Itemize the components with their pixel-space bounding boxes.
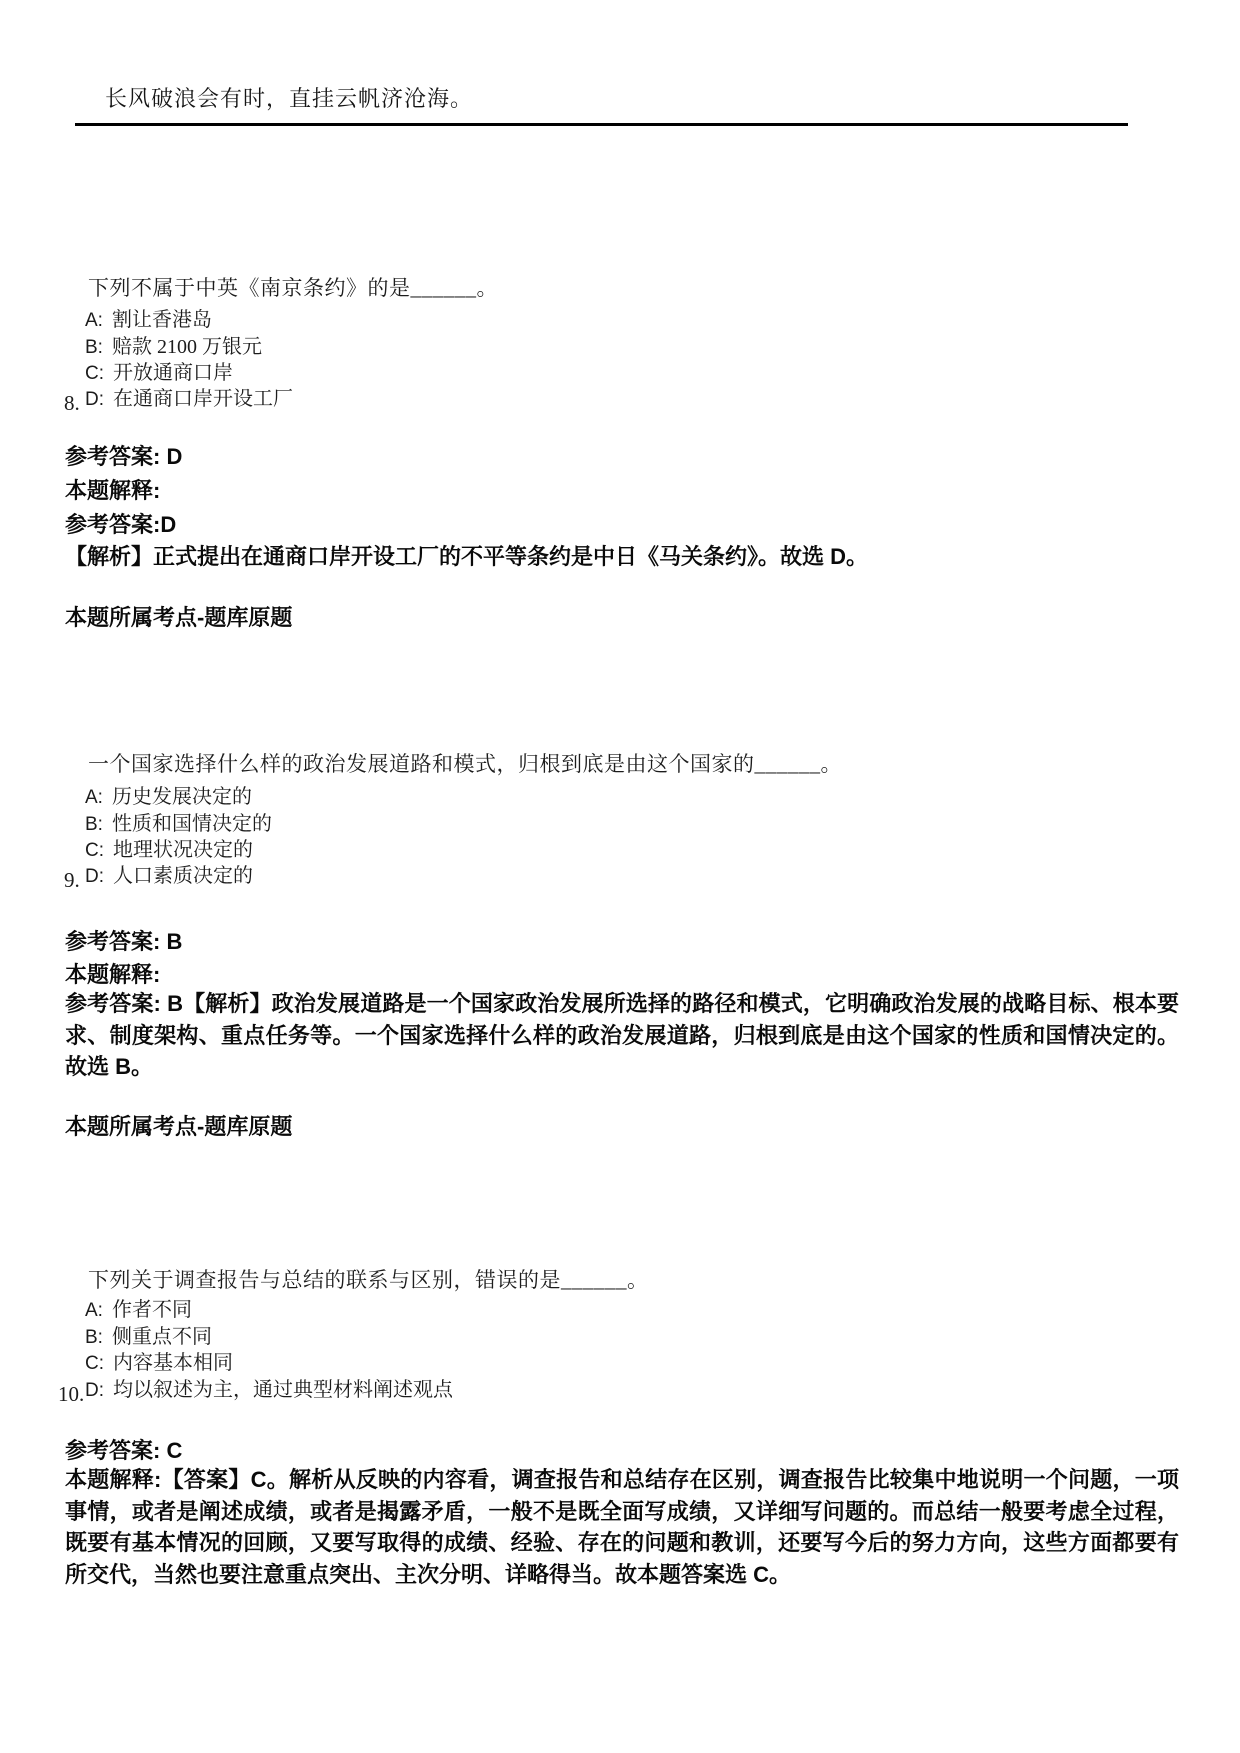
- question-stem: 下列不属于中英《南京条约》的是______。: [88, 272, 498, 302]
- answer-label: 参考答案: D: [65, 440, 182, 471]
- option-text: 人口素质决定的: [113, 865, 253, 887]
- option-label: B:: [85, 1327, 103, 1348]
- option-row: A:历史发展决定的: [85, 780, 252, 809]
- option-row: D:人口素质决定的: [85, 859, 253, 888]
- option-row: D:均以叙述为主，通过典型材料阐述观点: [85, 1373, 453, 1402]
- option-text: 内容基本相同: [113, 1352, 233, 1374]
- option-label: B:: [85, 337, 103, 358]
- question-number: 8.: [64, 391, 80, 416]
- question-stem: 下列关于调查报告与总结的联系与区别，错误的是______。: [88, 1264, 649, 1294]
- option-text: 侧重点不同: [112, 1326, 212, 1348]
- option-label: D:: [85, 866, 104, 887]
- option-text: 开放通商口岸: [113, 362, 233, 384]
- category-heading: 本题所属考点-题库原题: [65, 601, 292, 632]
- option-text: 均以叙述为主，通过典型材料阐述观点: [113, 1379, 453, 1401]
- option-label: D:: [85, 389, 104, 410]
- option-text: 作者不同: [112, 1299, 192, 1321]
- option-text: 在通商口岸开设工厂: [113, 388, 293, 410]
- option-text: 性质和国情决定的: [112, 813, 272, 835]
- option-row: B:侧重点不同: [85, 1320, 212, 1349]
- option-row: C:内容基本相同: [85, 1346, 233, 1375]
- option-row: C:开放通商口岸: [85, 356, 233, 385]
- header-rule: [75, 123, 1128, 126]
- option-row: C:地理状况决定的: [85, 833, 253, 862]
- option-label: D:: [85, 1380, 104, 1401]
- question-number: 9.: [64, 868, 80, 893]
- option-label: A:: [85, 787, 103, 808]
- option-text: 历史发展决定的: [112, 786, 252, 808]
- option-row: D:在通商口岸开设工厂: [85, 382, 293, 411]
- document-page: 长风破浪会有时，直挂云帆济沧海。 下列不属于中英《南京条约》的是______。 …: [0, 0, 1240, 1753]
- option-label: C:: [85, 840, 104, 861]
- answer-label: 参考答案: B: [65, 925, 182, 956]
- category-heading: 本题所属考点-题库原题: [65, 1110, 292, 1141]
- explanation-text: 本题解释:【答案】C。解析从反映的内容看，调查报告和总结存在区别，调查报告比较集…: [65, 1464, 1179, 1590]
- option-label: C:: [85, 363, 104, 384]
- answer-label: 参考答案: C: [65, 1434, 182, 1465]
- explanation-heading: 本题解释:: [65, 474, 160, 505]
- option-text: 割让香港岛: [112, 309, 212, 331]
- option-label: A:: [85, 1300, 103, 1321]
- option-row: B:性质和国情决定的: [85, 807, 272, 836]
- option-text: 地理状况决定的: [113, 839, 253, 861]
- option-row: A:作者不同: [85, 1293, 192, 1322]
- question-number: 10.: [58, 1382, 84, 1407]
- option-label: A:: [85, 310, 103, 331]
- option-label: B:: [85, 814, 103, 835]
- explanation-answer: 参考答案:D: [65, 508, 176, 539]
- option-row: A:割让香港岛: [85, 303, 212, 332]
- question-stem: 一个国家选择什么样的政治发展道路和模式，归根到底是由这个国家的______。: [88, 748, 842, 778]
- explanation-text: 【解析】正式提出在通商口岸开设工厂的不平等条约是中日《马关条约》。故选 D。: [65, 540, 868, 571]
- explanation-heading: 本题解释:: [65, 958, 160, 989]
- option-row: B:赔款 2100 万银元: [85, 330, 262, 359]
- option-text: 赔款 2100 万银元: [112, 336, 262, 358]
- header-motto: 长风破浪会有时，直挂云帆济沧海。: [105, 82, 473, 113]
- explanation-text: 参考答案: B【解析】政治发展道路是一个国家政治发展所选择的路径和模式，它明确政…: [65, 988, 1179, 1083]
- option-label: C:: [85, 1353, 104, 1374]
